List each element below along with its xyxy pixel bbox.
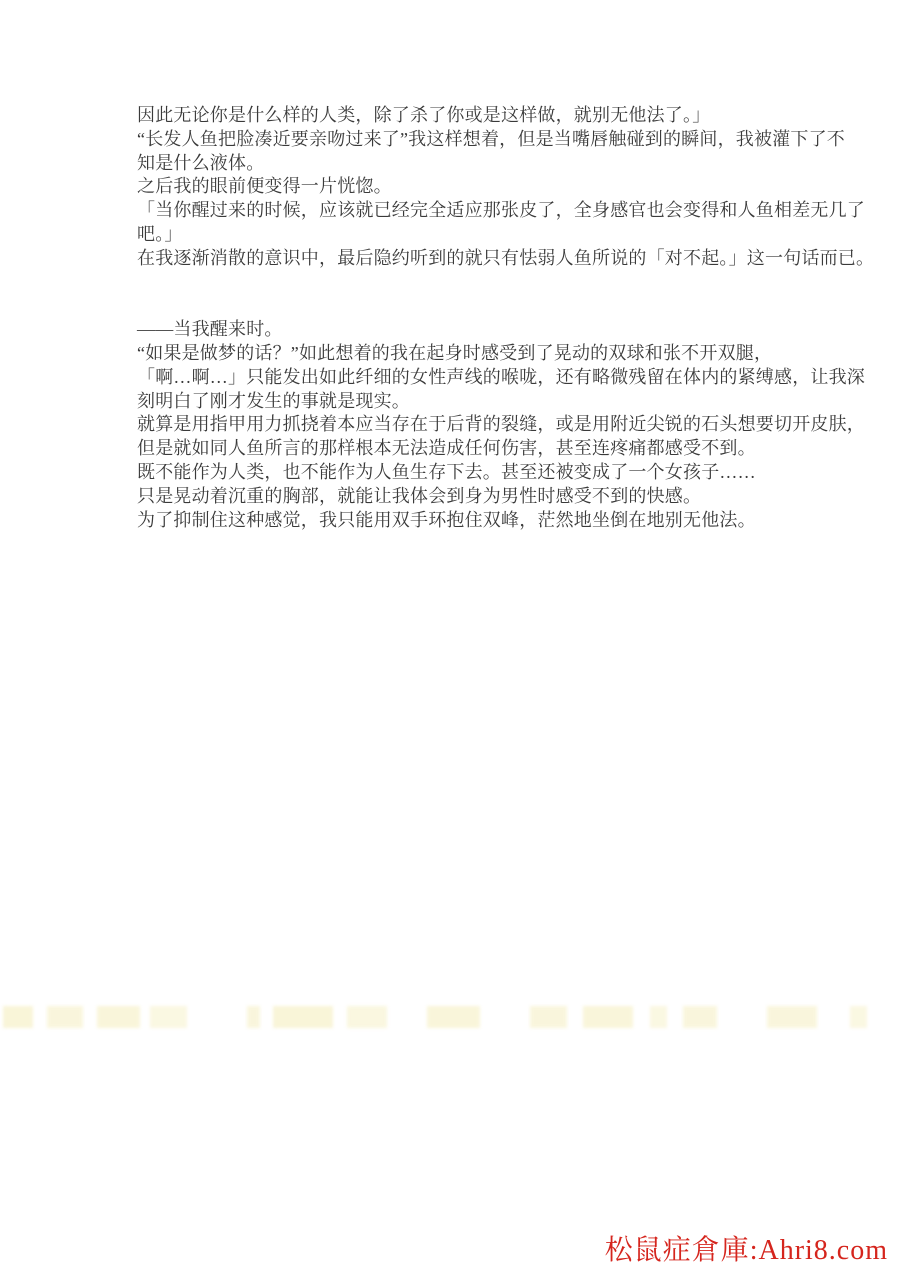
text-line: “长发人鱼把脸凑近要亲吻过来了”我这样想着，但是当嘴唇触碰到的瞬间，我被灌下了不: [137, 128, 817, 152]
text-line: 「啊…啊…」只能发出如此纤细的女性声线的喉咙，还有略微残留在体内的紧缚感，让我深: [137, 366, 817, 390]
paragraph-1: 因此无论你是什么样的人类，除了杀了你或是这样做，就别无他法了。」 “长发人鱼把脸…: [137, 104, 817, 271]
text-line: 吧。」: [137, 223, 817, 247]
text-line: 刻明白了刚才发生的事就是现实。: [137, 390, 817, 414]
text-line: 之后我的眼前便变得一片恍惚。: [137, 175, 817, 199]
text-line: 只是晃动着沉重的胸部，就能让我体会到身为男性时感受不到的快感。: [137, 485, 817, 509]
site-watermark: 松鼠症倉庫:Ahri8.com: [605, 1228, 888, 1268]
text-line: 知是什么液体。: [137, 152, 817, 176]
text-line: 但是就如同人鱼所言的那样根本无法造成任何伤害，甚至连疼痛都感受不到。: [137, 437, 817, 461]
text-line: ——当我醒来时。: [137, 318, 817, 342]
text-line: 既不能作为人类，也不能作为人鱼生存下去。甚至还被变成了一个女孩子……: [137, 461, 817, 485]
text-line: 「当你醒过来的时候，应该就已经完全适应那张皮了，全身感官也会变得和人鱼相差无几了: [137, 199, 817, 223]
text-line: “如果是做梦的话？”如此想着的我在起身时感受到了晃动的双球和张不开双腿，: [137, 342, 817, 366]
text-line: 为了抑制住这种感觉，我只能用双手环抱住双峰，茫然地坐倒在地别无他法。: [137, 509, 817, 533]
paragraph-2: ——当我醒来时。 “如果是做梦的话？”如此想着的我在起身时感受到了晃动的双球和张…: [137, 318, 817, 532]
text-line: 就算是用指甲用力抓挠着本应当存在于后背的裂缝，或是用附近尖锐的石头想要切开皮肤，: [137, 413, 817, 437]
text-line: 因此无论你是什么样的人类，除了杀了你或是这样做，就别无他法了。」: [137, 104, 817, 128]
ghost-watermark-band: [0, 1006, 880, 1028]
body-text: 因此无论你是什么样的人类，除了杀了你或是这样做，就别无他法了。」 “长发人鱼把脸…: [137, 104, 817, 532]
document-page: 因此无论你是什么样的人类，除了杀了你或是这样做，就别无他法了。」 “长发人鱼把脸…: [0, 0, 900, 1273]
text-line: 在我逐渐消散的意识中，最后隐约听到的就只有怯弱人鱼所说的「对不起。」这一句话而已…: [137, 247, 817, 271]
